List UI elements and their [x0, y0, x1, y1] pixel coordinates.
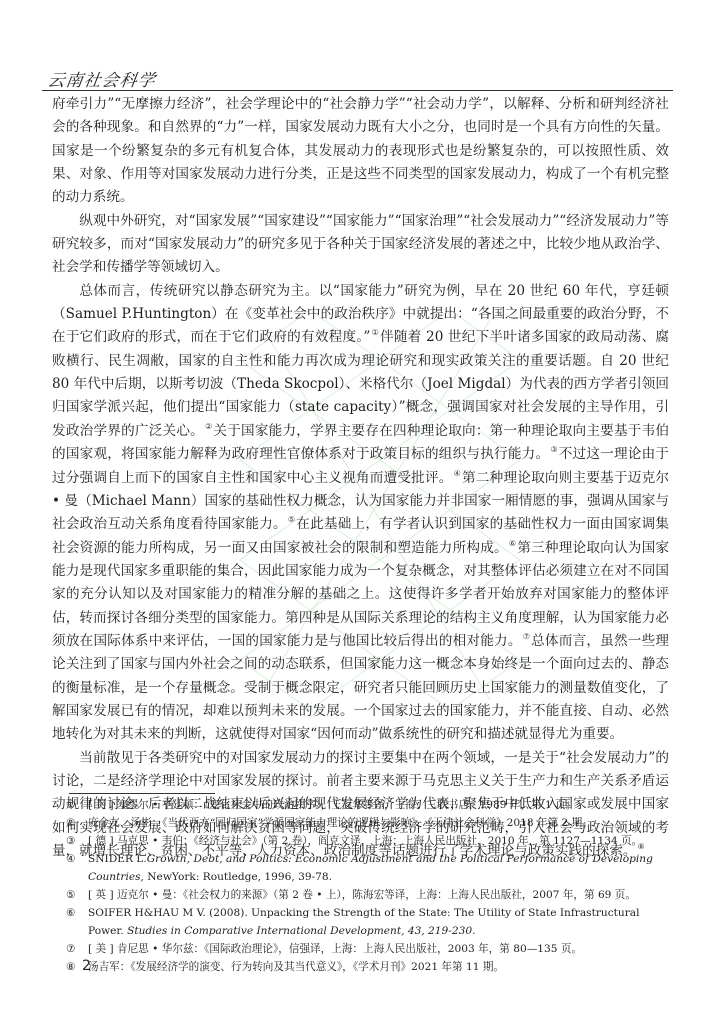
footnote-number: ② — [66, 814, 88, 832]
footnote-text: [ 德 ] 马克思 • 韦伯：《经济与社会》（第 2 卷），阎克文译，上海：上海… — [88, 832, 672, 850]
footnote-text: [ 英 ] 迈克尔 • 曼：《社会权力的来源》（第 2 卷 • 上），陈海宏等译… — [88, 886, 672, 904]
page-number: 2 — [82, 958, 91, 974]
footnote-rule — [69, 793, 215, 794]
footnote-number: ⑤ — [66, 886, 88, 904]
footnote-reference[interactable]: ③ — [550, 445, 557, 454]
footnote-text-after: , NewYork: Routledge, 1996, 39-78. — [141, 871, 332, 883]
footnotes: ①[ 美 ] 塞缪尔 • 亨廷顿：《变化社会中的政治秩序》，王冠华等译，上海：三… — [66, 796, 672, 976]
footnote-reference[interactable]: ① — [371, 328, 379, 337]
footnote-text: SNIDER L.Growth, Debt, and Politics: Eco… — [88, 850, 672, 886]
article-body: 府牵引力”“无摩擦力经济”，社会学理论中的“社会静力学”“社会动力学”，以解释、… — [52, 93, 669, 863]
footnote-reference[interactable]: ⑦ — [523, 632, 530, 641]
footnote-item: ⑧汤吉军：《发展经济学的演变、行为转向及其当代意义》，《学术月刊》2021 年第… — [66, 958, 672, 976]
footnote-item: ⑥SOIFER H&HAU M V. (2008). Unpacking the… — [66, 904, 672, 940]
footnote-item: ⑦[ 美 ] 肯尼思 • 华尔兹：《国际政治理论》，信强译，上海：上海人民出版社… — [66, 940, 672, 958]
footnote-item: ②庞金友、汤彬：《当代西方“回归国家”学派国家能力理论的逻辑与影响》，《天津社会… — [66, 814, 672, 832]
footnote-number: ③ — [66, 832, 88, 850]
footnote-number: ⑦ — [66, 940, 88, 958]
paragraph-text: 总体而言，虽然一些理论关注到了国家与国内外社会之间的动态联系，但国家能力这一概念… — [52, 633, 669, 742]
footnote-text-italic: Studies in Comparative International Dev… — [127, 925, 475, 937]
footnote-item: ④SNIDER L.Growth, Debt, and Politics: Ec… — [66, 850, 672, 886]
footnote-item: ⑤[ 英 ] 迈克尔 • 曼：《社会权力的来源》（第 2 卷 • 上），陈海宏等… — [66, 886, 672, 904]
footnote-text: [ 美 ] 塞缪尔 • 亨廷顿：《变化社会中的政治秩序》，王冠华等译，上海：三联… — [88, 796, 672, 814]
footnote-number: ① — [66, 796, 88, 814]
footnote-reference[interactable]: ⑤ — [288, 515, 295, 524]
footnote-item: ③[ 德 ] 马克思 • 韦伯：《经济与社会》（第 2 卷），阎克文译，上海：上… — [66, 832, 672, 850]
paragraph: 纵观中外研究，对“国家发展”“国家建设”“国家能力”“国家治理”“社会发展动力”… — [52, 210, 669, 280]
paragraph: 总体而言，传统研究以静态研究为主。以“国家能力”研究为例，早在 20 世纪 60… — [52, 280, 669, 747]
footnote-number: ④ — [66, 850, 88, 886]
journal-title-logo: 云南社会科学 — [46, 66, 158, 91]
paragraph-text: 府牵引力”“无摩擦力经济”，社会学理论中的“社会静力学”“社会动力学”，以解释、… — [52, 96, 669, 205]
paragraph: 府牵引力”“无摩擦力经济”，社会学理论中的“社会静力学”“社会动力学”，以解释、… — [52, 93, 669, 210]
footnote-item: ①[ 美 ] 塞缪尔 • 亨廷顿：《变化社会中的政治秩序》，王冠华等译，上海：三… — [66, 796, 672, 814]
footnote-text-plain: SNIDER L. — [88, 853, 147, 865]
footnote-number: ⑥ — [66, 904, 88, 940]
footnote-text: SOIFER H&HAU M V. (2008). Unpacking the … — [88, 904, 672, 940]
header-rule — [42, 90, 673, 91]
paragraph-text: 纵观中外研究，对“国家发展”“国家建设”“国家能力”“国家治理”“社会发展动力”… — [52, 213, 669, 276]
footnote-text: [ 美 ] 肯尼思 • 华尔兹：《国际政治理论》，信强译，上海：上海人民出版社，… — [88, 940, 672, 958]
footnote-reference[interactable]: ⑥ — [509, 539, 516, 548]
footnote-text: 庞金友、汤彬：《当代西方“回归国家”学派国家能力理论的逻辑与影响》，《天津社会科… — [88, 814, 672, 832]
footnote-reference[interactable]: ④ — [454, 469, 461, 478]
footnote-reference[interactable]: ② — [205, 422, 212, 431]
footnote-text: 汤吉军：《发展经济学的演变、行为转向及其当代意义》，《学术月刊》2021 年第 … — [88, 958, 672, 976]
